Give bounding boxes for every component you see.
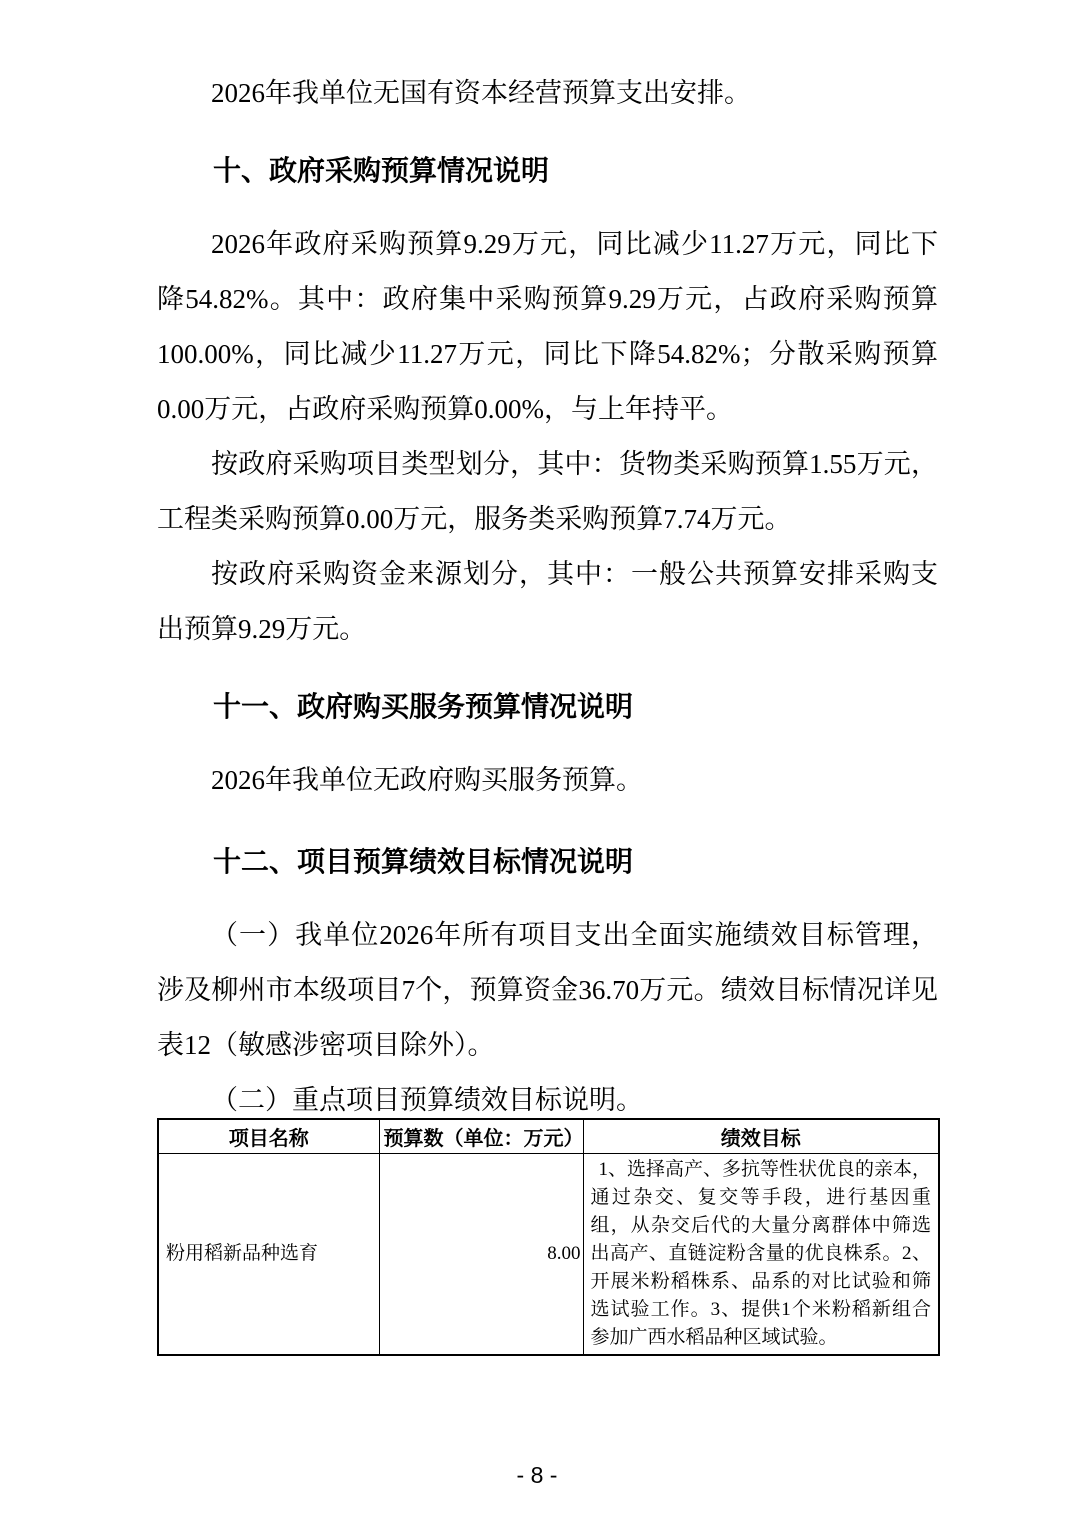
paragraph-procurement-overview: 2026年政府采购预算9.29万元，同比减少11.27万元，同比下降54.82%… — [157, 217, 938, 437]
paragraph-procurement-by-type: 按政府采购项目类型划分，其中：货物类采购预算1.55万元，工程类采购预算0.00… — [157, 437, 938, 547]
cell-budget-amount: 8.00 — [379, 1154, 583, 1356]
document-page: 2026年我单位无国有资本经营预算支出安排。 十、政府采购预算情况说明 2026… — [0, 0, 1074, 1520]
document-body: 2026年我单位无国有资本经营预算支出安排。 十、政府采购预算情况说明 2026… — [157, 66, 938, 1356]
section-heading-10-government-procurement: 十、政府采购预算情况说明 — [157, 153, 938, 189]
performance-target-table: 项目名称 预算数（单位：万元） 绩效目标 粉用稻新品种选育 8.00 1、选择高… — [157, 1118, 940, 1356]
section-heading-12-performance-targets: 十二、项目预算绩效目标情况说明 — [157, 844, 938, 880]
table-row: 粉用稻新品种选育 8.00 1、选择高产、多抗等性状优良的亲本，通过杂交、复交等… — [158, 1154, 939, 1356]
section-heading-11-purchased-services: 十一、政府购买服务预算情况说明 — [157, 689, 938, 725]
table-header-row: 项目名称 预算数（单位：万元） 绩效目标 — [158, 1119, 939, 1154]
page-number: - 8 - — [0, 1462, 1074, 1489]
paragraph-procurement-by-funding: 按政府采购资金来源划分，其中：一般公共预算安排采购支出预算9.29万元。 — [157, 547, 938, 657]
cell-project-name: 粉用稻新品种选育 — [158, 1154, 379, 1356]
paragraph-no-purchased-services: 2026年我单位无政府购买服务预算。 — [157, 753, 938, 808]
cell-performance-target: 1、选择高产、多抗等性状优良的亲本，通过杂交、复交等手段，进行基因重组，从杂交后… — [583, 1154, 939, 1356]
paragraph-performance-management: （一）我单位2026年所有项目支出全面实施绩效目标管理，涉及柳州市本级项目7个，… — [157, 908, 938, 1073]
paragraph-no-state-capital-budget: 2026年我单位无国有资本经营预算支出安排。 — [157, 66, 938, 121]
column-header-budget-amount: 预算数（单位：万元） — [379, 1119, 583, 1154]
